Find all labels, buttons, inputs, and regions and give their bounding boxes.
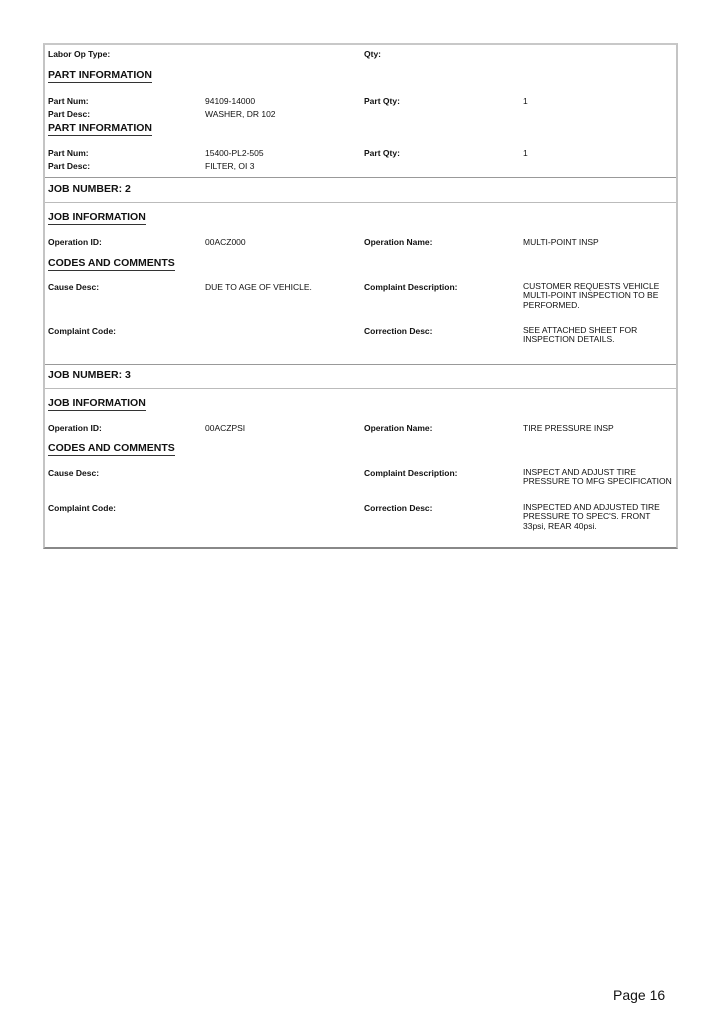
qty-label: Qty: <box>364 49 381 59</box>
part-num-label: Part Num: <box>48 148 89 158</box>
job-information-heading: JOB INFORMATION <box>48 397 146 411</box>
part-qty-label: Part Qty: <box>364 96 400 106</box>
part-num-value: 94109-14000 <box>205 96 255 106</box>
part-qty-value: 1 <box>523 148 528 158</box>
divider <box>45 388 676 389</box>
job-number-header: JOB NUMBER: 2 <box>48 183 131 195</box>
operation-id-label: Operation ID: <box>48 423 102 433</box>
correction-desc-label: Correction Desc: <box>364 326 433 336</box>
part-qty-value: 1 <box>523 96 528 106</box>
page-number: Page 16 <box>613 987 665 1003</box>
codes-and-comments-heading: CODES AND COMMENTS <box>48 257 175 271</box>
operation-id-value: 00ACZ000 <box>205 237 246 247</box>
cause-desc-label: Cause Desc: <box>48 468 99 478</box>
part-num-value: 15400-PL2-505 <box>205 148 264 158</box>
part-num-label: Part Num: <box>48 96 89 106</box>
cause-desc-value: DUE TO AGE OF VEHICLE. <box>205 282 312 292</box>
repair-order-details-box: Labor Op Type: Qty: PART INFORMATION Par… <box>43 43 678 549</box>
complaint-code-label: Complaint Code: <box>48 326 116 336</box>
part-desc-value: WASHER, DR 102 <box>205 109 276 119</box>
labor-op-type-label: Labor Op Type: <box>48 49 110 59</box>
cause-desc-label: Cause Desc: <box>48 282 99 292</box>
operation-id-value: 00ACZPSI <box>205 423 245 433</box>
complaint-description-label: Complaint Description: <box>364 282 458 292</box>
complaint-code-label: Complaint Code: <box>48 503 116 513</box>
part-desc-label: Part Desc: <box>48 161 90 171</box>
complaint-description-value: CUSTOMER REQUESTS VEHICLE MULTI-POINT IN… <box>523 282 673 310</box>
divider <box>45 202 676 203</box>
operation-id-label: Operation ID: <box>48 237 102 247</box>
operation-name-value: MULTI-POINT INSP <box>523 237 599 247</box>
part-qty-label: Part Qty: <box>364 148 400 158</box>
correction-desc-value: INSPECTED AND ADJUSTED TIRE PRESSURE TO … <box>523 503 673 531</box>
correction-desc-value: SEE ATTACHED SHEET FOR INSPECTION DETAIL… <box>523 326 673 345</box>
operation-name-label: Operation Name: <box>364 237 433 247</box>
part-desc-value: FILTER, OI 3 <box>205 161 254 171</box>
correction-desc-label: Correction Desc: <box>364 503 433 513</box>
divider <box>45 364 676 365</box>
operation-name-value: TIRE PRESSURE INSP <box>523 423 614 433</box>
job-number-header: JOB NUMBER: 3 <box>48 369 131 381</box>
part-information-heading: PART INFORMATION <box>48 122 152 136</box>
codes-and-comments-heading: CODES AND COMMENTS <box>48 442 175 456</box>
job-information-heading: JOB INFORMATION <box>48 211 146 225</box>
part-desc-label: Part Desc: <box>48 109 90 119</box>
divider <box>45 177 676 178</box>
part-information-heading: PART INFORMATION <box>48 69 152 83</box>
complaint-description-label: Complaint Description: <box>364 468 458 478</box>
operation-name-label: Operation Name: <box>364 423 433 433</box>
complaint-description-value: INSPECT AND ADJUST TIRE PRESSURE TO MFG … <box>523 468 673 487</box>
